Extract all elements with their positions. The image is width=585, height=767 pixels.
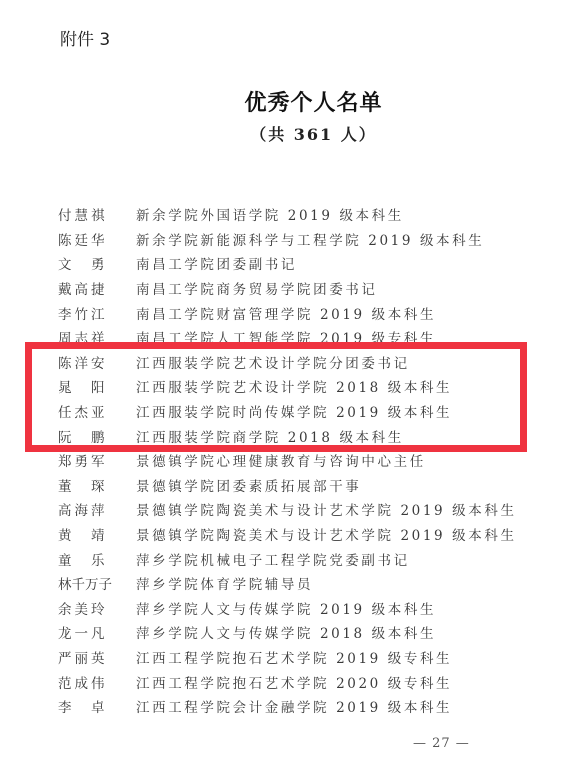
list-item: 龙一凡萍乡学院人文与传媒学院 2018 级本科生 bbox=[58, 620, 538, 645]
honoree-name: 阮 鹏 bbox=[58, 426, 136, 446]
honoree-description: 江西服装学院艺术设计学院分团委书记 bbox=[136, 352, 410, 372]
honoree-description: 萍乡学院人文与传媒学院 2019 级本科生 bbox=[136, 598, 436, 618]
list-item: 戴高捷南昌工学院商务贸易学院团委书记 bbox=[58, 276, 538, 301]
list-item: 陈廷华新余学院新能源科学与工程学院 2019 级本科生 bbox=[58, 227, 538, 252]
honoree-name: 陈洋安 bbox=[58, 352, 136, 372]
honoree-description: 新余学院外国语学院 2019 级本科生 bbox=[136, 204, 404, 224]
list-item-highlighted: 陈洋安江西服装学院艺术设计学院分团委书记 bbox=[58, 350, 538, 375]
honoree-description: 景德镇学院陶瓷美术与设计艺术学院 2019 级本科生 bbox=[136, 524, 517, 544]
honoree-description: 景德镇学院团委素质拓展部干事 bbox=[136, 475, 361, 495]
page-number: — 27 — bbox=[413, 736, 470, 751]
honoree-description: 南昌工学院商务贸易学院团委书记 bbox=[136, 278, 378, 298]
honoree-name: 戴高捷 bbox=[58, 278, 136, 298]
honoree-name: 郑勇军 bbox=[58, 450, 136, 470]
list-item-highlighted: 晁 阳江西服装学院艺术设计学院 2018 级本科生 bbox=[58, 374, 538, 399]
honoree-description: 江西服装学院艺术设计学院 2018 级本科生 bbox=[136, 376, 452, 396]
honoree-description: 江西服装学院时尚传媒学院 2019 级本科生 bbox=[136, 401, 452, 421]
honoree-description: 景德镇学院心理健康教育与咨询中心主任 bbox=[136, 450, 426, 470]
honoree-description: 江西工程学院会计金融学院 2019 级本科生 bbox=[136, 696, 452, 716]
page-subtitle: （共 361 人） bbox=[0, 122, 585, 145]
honoree-name: 范成伟 bbox=[58, 672, 136, 692]
honoree-description: 江西工程学院抱石艺术学院 2020 级专科生 bbox=[136, 672, 452, 692]
honoree-description: 南昌工学院人工智能学院 2019 级专科生 bbox=[136, 327, 436, 347]
honoree-description: 江西服装学院商学院 2018 级本科生 bbox=[136, 426, 404, 446]
list-item: 范成伟江西工程学院抱石艺术学院 2020 级专科生 bbox=[58, 669, 538, 694]
list-item-highlighted: 阮 鹏江西服装学院商学院 2018 级本科生 bbox=[58, 423, 538, 448]
list-item: 李 卓江西工程学院会计金融学院 2019 级本科生 bbox=[58, 694, 538, 719]
honoree-description: 萍乡学院体育学院辅导员 bbox=[136, 573, 313, 593]
honoree-description: 江西工程学院抱石艺术学院 2019 级专科生 bbox=[136, 647, 452, 667]
list-item: 郑勇军景德镇学院心理健康教育与咨询中心主任 bbox=[58, 448, 538, 473]
attachment-label: 附件 3 bbox=[60, 25, 110, 50]
honoree-name: 高海萍 bbox=[58, 499, 136, 519]
honoree-name: 周志祥 bbox=[58, 327, 136, 347]
list-item: 李竹江南昌工学院财富管理学院 2019 级本科生 bbox=[58, 300, 538, 325]
list-item: 高海萍景德镇学院陶瓷美术与设计艺术学院 2019 级本科生 bbox=[58, 497, 538, 522]
honoree-description: 南昌工学院团委副书记 bbox=[136, 253, 297, 273]
honoree-name: 任杰亚 bbox=[58, 401, 136, 421]
honoree-description: 新余学院新能源科学与工程学院 2019 级本科生 bbox=[136, 229, 484, 249]
honoree-description: 萍乡学院人文与传媒学院 2018 级本科生 bbox=[136, 622, 436, 642]
honoree-name: 陈廷华 bbox=[58, 229, 136, 249]
list-item: 黄 靖景德镇学院陶瓷美术与设计艺术学院 2019 级本科生 bbox=[58, 522, 538, 547]
list-item: 林千万子萍乡学院体育学院辅导员 bbox=[58, 571, 538, 596]
honoree-name: 付慧祺 bbox=[58, 204, 136, 224]
honoree-name: 严丽英 bbox=[58, 647, 136, 667]
list-item: 余美玲萍乡学院人文与传媒学院 2019 级本科生 bbox=[58, 596, 538, 621]
page-title: 优秀个人名单 bbox=[0, 86, 585, 117]
honoree-list: 付慧祺新余学院外国语学院 2019 级本科生 陈廷华新余学院新能源科学与工程学院… bbox=[58, 202, 538, 718]
list-item: 童 乐萍乡学院机械电子工程学院党委副书记 bbox=[58, 546, 538, 571]
honoree-name: 余美玲 bbox=[58, 598, 136, 618]
honoree-name: 晁 阳 bbox=[58, 376, 136, 396]
list-item: 文 勇南昌工学院团委副书记 bbox=[58, 251, 538, 276]
honoree-name: 黄 靖 bbox=[58, 524, 136, 544]
honoree-name: 李 卓 bbox=[58, 696, 136, 716]
honoree-name: 李竹江 bbox=[58, 303, 136, 323]
honoree-name: 童 乐 bbox=[58, 549, 136, 569]
list-item: 周志祥南昌工学院人工智能学院 2019 级专科生 bbox=[58, 325, 538, 350]
list-item: 付慧祺新余学院外国语学院 2019 级本科生 bbox=[58, 202, 538, 227]
honoree-description: 景德镇学院陶瓷美术与设计艺术学院 2019 级本科生 bbox=[136, 499, 517, 519]
list-item: 严丽英江西工程学院抱石艺术学院 2019 级专科生 bbox=[58, 645, 538, 670]
honoree-name: 林千万子 bbox=[58, 573, 136, 593]
honoree-description: 南昌工学院财富管理学院 2019 级本科生 bbox=[136, 303, 436, 323]
honoree-name: 文 勇 bbox=[58, 253, 136, 273]
list-item-highlighted: 任杰亚江西服装学院时尚传媒学院 2019 级本科生 bbox=[58, 399, 538, 424]
honoree-name: 龙一凡 bbox=[58, 622, 136, 642]
honoree-description: 萍乡学院机械电子工程学院党委副书记 bbox=[136, 549, 410, 569]
honoree-name: 董 琛 bbox=[58, 475, 136, 495]
list-item: 董 琛景德镇学院团委素质拓展部干事 bbox=[58, 473, 538, 498]
